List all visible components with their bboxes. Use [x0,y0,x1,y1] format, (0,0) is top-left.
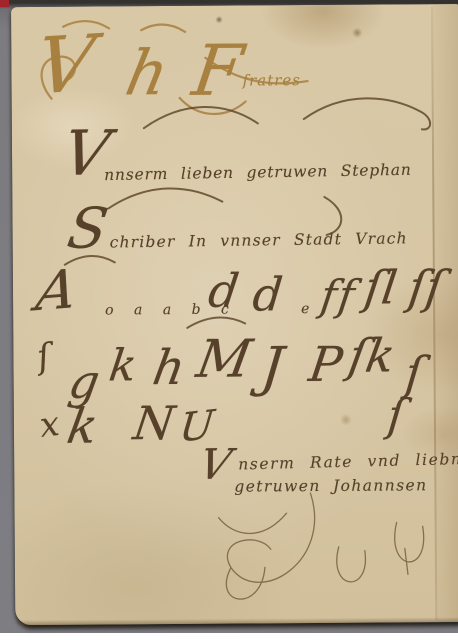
alphabet-ornate-letter: d [205,264,242,318]
title-word: fratres [242,71,301,89]
alphabet-ornate-letter: ff [318,271,360,320]
flourished-letter: J [258,335,286,398]
closing-line-1: nserm Rate vnd liebn [238,450,458,473]
ornate-initial-3: F [188,29,248,111]
alphabet-ornate-letter: ſſ [405,260,446,314]
flourished-letter: ſ [35,336,53,377]
bottom-pen-loops [218,492,424,599]
ornate-initial-1: V [32,19,99,112]
manuscript-photo: V h F fratres V nnserm lieben getruwen S… [0,0,458,640]
flourished-letter: M [192,329,255,389]
flourished-letter: ſ [385,390,406,441]
flourished-letter: ſk [345,328,399,382]
flourished-letter: P [306,337,346,393]
flourished-letter: x [38,404,62,446]
alphabet-ornate-letter: e [301,301,309,317]
alphabet-ornate-letter: d [250,267,285,321]
alphabet-ornate-letter: ſl [361,260,400,314]
address-line-2-initial: S [63,196,112,261]
flourished-letter: N [130,396,177,450]
flourished-letter: k [106,340,139,391]
alphabet-capital: A [32,257,80,323]
red-page-marker [0,0,9,7]
ornate-initial-2: h [120,36,175,109]
address-line-1: nnserm lieben getruwen Stephan [104,161,412,184]
flourished-letter: h [149,340,189,396]
address-line-2: chriber In vnnser Stadt Vrach [110,229,408,251]
closing-line-2: getruwen Johannsen [234,476,427,495]
parchment-page: V h F fratres V nnserm lieben getruwen S… [11,4,458,625]
